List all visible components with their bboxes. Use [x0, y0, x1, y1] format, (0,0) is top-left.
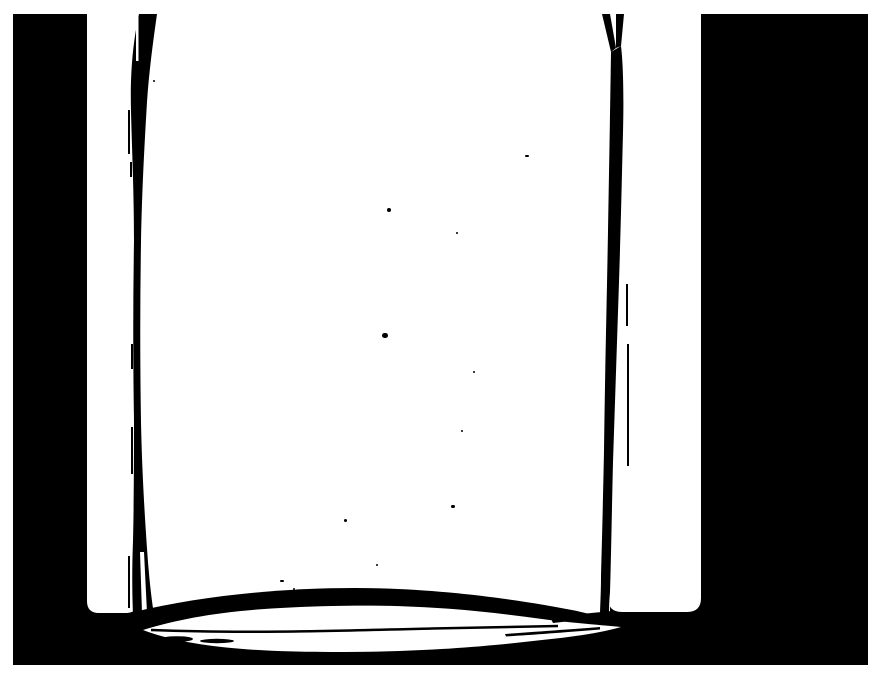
- base-smudge-3: [149, 636, 159, 639]
- speckle: [344, 519, 347, 522]
- speckle: [387, 208, 391, 212]
- speckle: [461, 430, 463, 432]
- left-wall-gap-top: [136, 17, 139, 61]
- base-smudge-2: [200, 639, 234, 643]
- left-wall-mark-5: [128, 556, 130, 608]
- right-wall-mark-2: [627, 344, 629, 466]
- right-wall-mark-1: [626, 284, 628, 326]
- binary-image-canvas: [0, 0, 886, 682]
- speckle: [473, 371, 475, 373]
- left-wall-mark-3: [131, 344, 133, 369]
- speckle: [280, 580, 284, 582]
- left-highlight-strip: [87, 14, 138, 613]
- speckle: [153, 80, 155, 82]
- speckle: [451, 505, 455, 508]
- glass-interior: [136, 14, 610, 614]
- speckle: [382, 333, 388, 338]
- left-wall-mark-2: [130, 162, 132, 177]
- left-wall-mark-1: [128, 110, 130, 154]
- base-smudge-1: [161, 636, 193, 642]
- left-wall-mark-4: [131, 427, 133, 474]
- speckle: [293, 588, 295, 590]
- speckle: [456, 232, 458, 234]
- speckle: [376, 564, 378, 566]
- speckle: [525, 155, 529, 157]
- binary-image: [0, 0, 886, 682]
